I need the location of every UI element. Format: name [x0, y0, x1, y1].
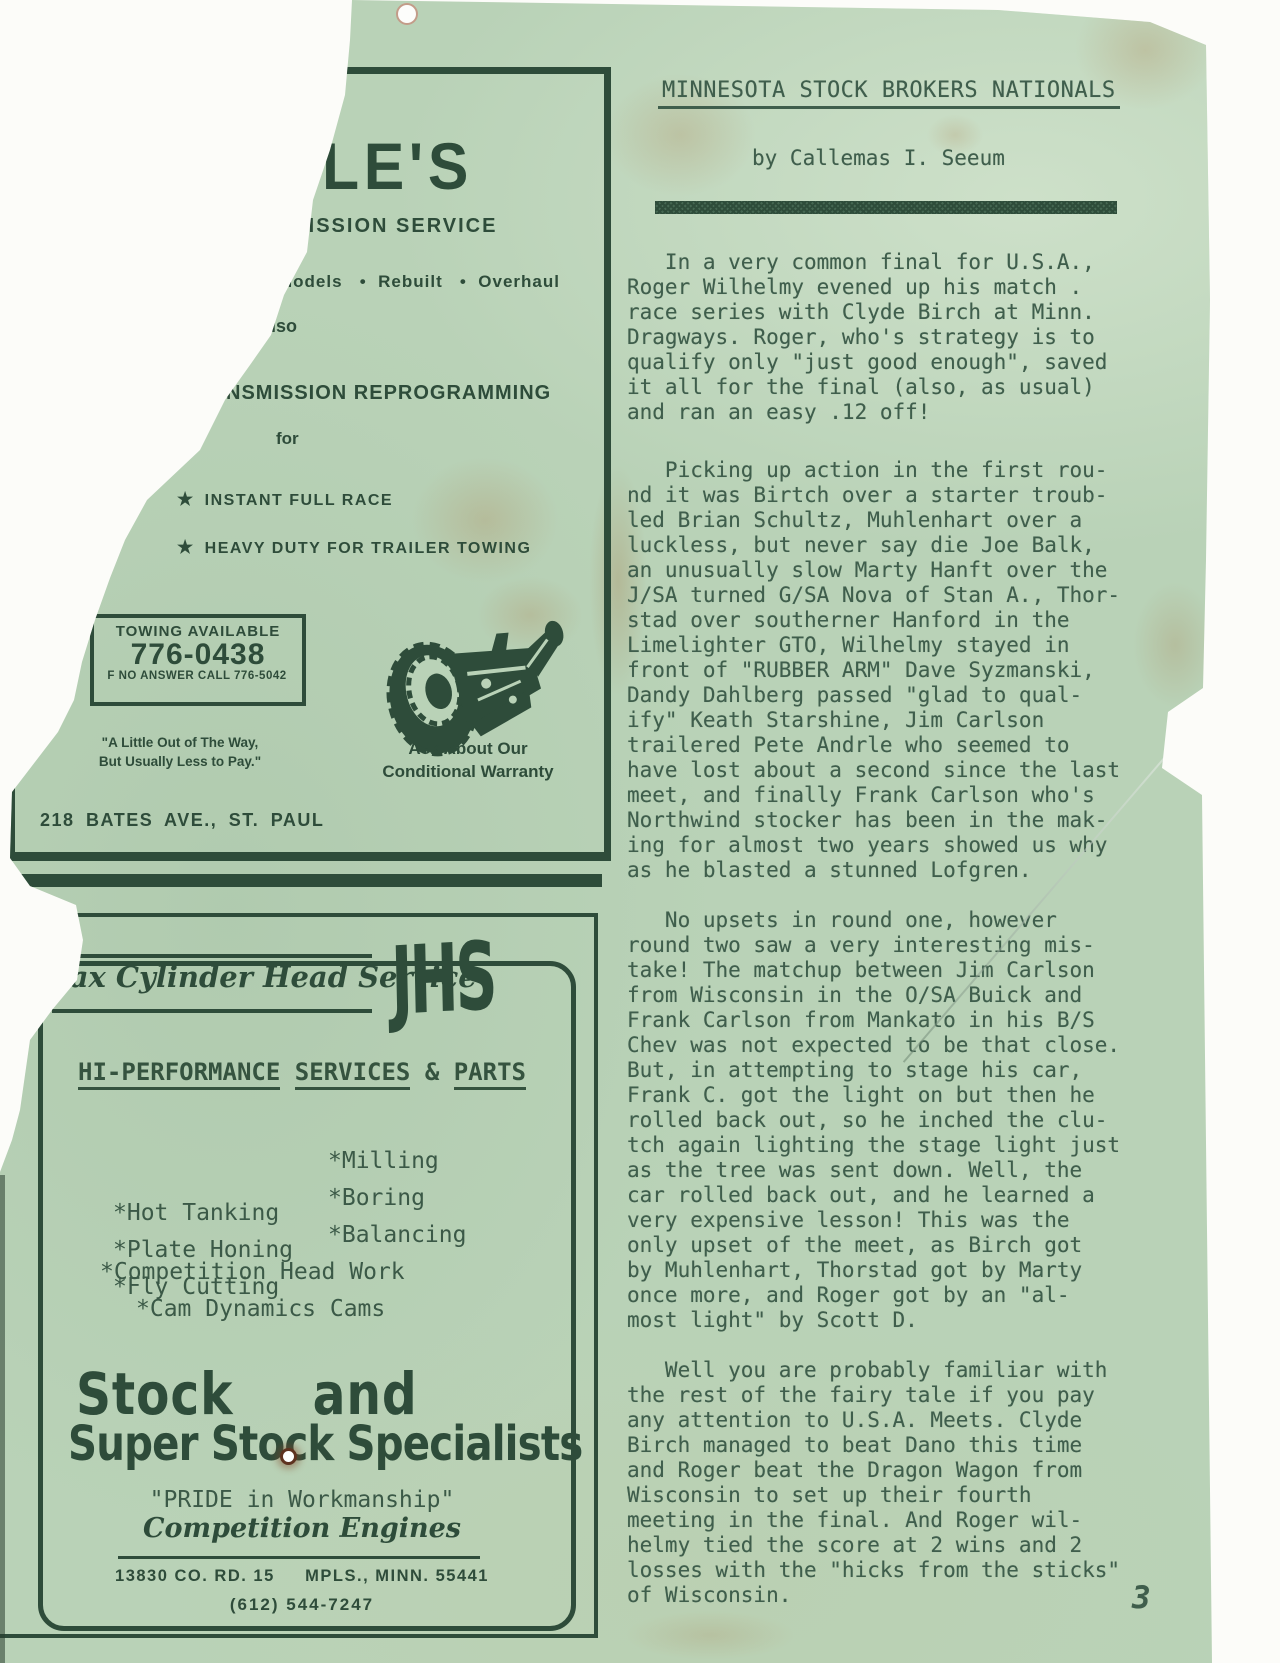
text-line: J/SA turned G/SA Nova of Stan A., Thor- — [627, 583, 1227, 608]
text-line: Wisconsin to set up their fourth — [627, 1483, 1227, 1508]
jhs-specialists-line-2: Super Stock Specialists — [68, 1416, 582, 1472]
heading-part-2: SERVICES — [295, 1058, 411, 1090]
warranty-line-1: Ask About Our — [378, 737, 558, 760]
text-line: and Roger beat the Dragon Wagon from — [627, 1458, 1227, 1483]
text-line: stad over southerner Hanford in the — [627, 608, 1227, 633]
article-paragraph-4: Well you are probably familiar withthe r… — [627, 1358, 1227, 1608]
text-line: qualify only "just good enough", saved — [627, 350, 1227, 375]
jhs-services-col2: *Milling*Boring*Balancing — [328, 1148, 466, 1259]
paper-sheet: LE'S MISSION SERVICE Models • Rebuilt • … — [0, 0, 1280, 1663]
feature-label: INSTANT FULL RACE — [205, 492, 393, 509]
warranty-line-2: Conditional Warranty — [378, 760, 558, 783]
text-line: Frank C. got the light on but then he — [627, 1083, 1227, 1108]
jhs-service-head-work: *Competition Head Work — [100, 1259, 405, 1285]
text-line: meeting in the final. And Roger wil- — [627, 1508, 1227, 1533]
heading-part-3: PARTS — [454, 1058, 526, 1090]
text-line: any attention to U.S.A. Meets. Clyde — [627, 1408, 1227, 1433]
text-line: car rolled back out, and he learned a — [627, 1183, 1227, 1208]
jhs-heading: HI-PERFORMANCE SERVICES & PARTS — [38, 1058, 566, 1086]
text-line: ing for almost two years showed us why — [627, 833, 1227, 858]
text-line: Dandy Dahlberg passed "glad to qual- — [627, 683, 1227, 708]
article-paragraph-2: Picking up action in the first rou-nd it… — [627, 458, 1227, 883]
text-line: by Muhlenhart, Thorstad got by Marty — [627, 1258, 1227, 1283]
text-line: rolled back out, so he inched the clu- — [627, 1108, 1227, 1133]
text-line: take! The matchup between Jim Carlson — [627, 958, 1227, 983]
text-line: Dragways. Roger, who's strategy is to — [627, 325, 1227, 350]
jhs-competition-engines: Competition Engines — [38, 1513, 566, 1544]
text-line: race series with Clyde Birch at Minn. — [627, 300, 1227, 325]
jhs-logo: JHS — [390, 922, 495, 1037]
transmission-ad-for-label: for — [276, 429, 299, 449]
star-icon: ★ — [177, 489, 195, 509]
text-line: *Balancing — [328, 1222, 466, 1259]
text-line: Northwind stocker has been in the mak- — [627, 808, 1227, 833]
text-line: only upset of the meet, as Birch got — [627, 1233, 1227, 1258]
jhs-pride-slogan: "PRIDE in Workmanship" — [38, 1487, 566, 1513]
text-line: *Hot Tanking — [113, 1200, 533, 1237]
transmission-ad-models-line: Models • Rebuilt • Overhaul — [278, 272, 560, 292]
transmission-ad-feature-1: ★INSTANT FULL RACE — [177, 489, 393, 510]
jhs-services-col1: *Hot Tanking*Plate Honing*Fly Cutting — [113, 1200, 533, 1311]
transmission-ad-shop-name-fragment: LE'S — [322, 128, 473, 204]
hole-punch — [396, 3, 418, 25]
divider-rule — [0, 874, 602, 887]
jhs-header-rule-top — [52, 954, 372, 958]
slogan-line-2: But Usually Less to Pay." — [80, 752, 280, 771]
text-line: an unusually slow Marty Hanft over the — [627, 558, 1227, 583]
article-paragraph-3: No upsets in round one, howeverround two… — [627, 908, 1227, 1333]
text-line: No upsets in round one, however — [627, 908, 1227, 933]
heading-ampersand: & — [425, 1058, 439, 1086]
text-line: very expensive lesson! This was the — [627, 1208, 1227, 1233]
text-line: Well you are probably familiar with — [627, 1358, 1227, 1383]
towing-info-box: TOWING AVAILABLE 776-0438 F NO ANSWER CA… — [90, 614, 306, 706]
text-line: once more, and Roger got by an "al- — [627, 1283, 1227, 1308]
jhs-phone: (612) 544-7247 — [38, 1595, 566, 1615]
stain — [1045, 0, 1245, 135]
jhs-header-rule-bottom — [52, 1009, 372, 1013]
text-line: as he blasted a stunned Lofgren. — [627, 858, 1227, 883]
transmission-ad-feature-2: ★HEAVY DUTY FOR TRAILER TOWING — [177, 537, 531, 558]
towing-phone-number: 776-0438 — [94, 640, 302, 670]
decorative-bar — [655, 201, 1117, 214]
article-title: MINNESOTA STOCK BROKERS NATIONALS — [658, 78, 1120, 109]
transmission-ad-service-line: MISSION SERVICE — [290, 215, 497, 238]
text-line: Picking up action in the first rou- — [627, 458, 1227, 483]
article-paragraph-1: In a very common final for U.S.A.,Roger … — [627, 250, 1227, 425]
text-line: it all for the final (also, as usual) — [627, 375, 1227, 400]
text-line: as the tree was sent down. Well, the — [627, 1158, 1227, 1183]
jhs-address: 13830 CO. RD. 15 MPLS., MINN. 55441 — [38, 1567, 566, 1586]
burn-hole — [280, 1448, 297, 1465]
transmission-ad-reprogramming-line: NSMISSION REPROGRAMMING — [226, 382, 551, 405]
text-line: most light" by Scott D. — [627, 1308, 1227, 1333]
text-line: But, in attempting to stage his car, — [627, 1058, 1227, 1083]
jhs-service-cams: *Cam Dynamics Cams — [136, 1296, 385, 1322]
text-line: *Milling — [328, 1148, 466, 1185]
text-line: round two saw a very interesting mis- — [627, 933, 1227, 958]
text-line: the rest of the fairy tale if you pay — [627, 1383, 1227, 1408]
text-line: Chev was not expected to be that close. — [627, 1033, 1227, 1058]
jhs-address-rule — [118, 1556, 480, 1559]
text-line: ify" Keath Starshine, Jim Carlson — [627, 708, 1227, 733]
text-line: Limelighter GTO, Wilhelmy stayed in — [627, 633, 1227, 658]
towing-alt-phone-line: F NO ANSWER CALL 776-5042 — [72, 670, 322, 682]
text-line: Birch managed to beat Dano this time — [627, 1433, 1227, 1458]
stain — [590, 1600, 830, 1663]
transmission-ad-warranty-note: Ask About Our Conditional Warranty — [378, 737, 558, 783]
page-number: 3 — [1132, 1580, 1151, 1616]
transmission-ad-slogan: "A Little Out of The Way, But Usually Le… — [80, 733, 280, 771]
text-line: tch again lighting the stage light just — [627, 1133, 1227, 1158]
text-line: nd it was Birtch over a starter troub- — [627, 483, 1227, 508]
star-icon: ★ — [177, 537, 195, 557]
text-line: luckless, but never say die Joe Balk, — [627, 533, 1227, 558]
text-line: have lost about a second since the last — [627, 758, 1227, 783]
text-line: *Boring — [328, 1185, 466, 1222]
text-line: In a very common final for U.S.A., — [627, 250, 1227, 275]
scan-edge-shadow — [0, 1175, 5, 1663]
heading-part-1: HI-PERFORMANCE — [78, 1058, 280, 1090]
text-line: from Wisconsin in the O/SA Buick and — [627, 983, 1227, 1008]
text-line: Frank Carlson from Mankato in his B/S — [627, 1008, 1227, 1033]
feature-label: HEAVY DUTY FOR TRAILER TOWING — [205, 540, 532, 557]
slogan-line-1: "A Little Out of The Way, — [80, 733, 280, 752]
article-byline: by Callemas I. Seeum — [752, 146, 1005, 170]
text-line: helmy tied the score at 2 wins and 2 — [627, 1533, 1227, 1558]
text-line: led Brian Schultz, Muhlenhart over a — [627, 508, 1227, 533]
text-line: Roger Wilhelmy evened up his match . — [627, 275, 1227, 300]
transmission-ad-address: 218 BATES AVE., ST. PAUL — [40, 810, 324, 831]
text-line: trailered Pete Andrle who seemed to — [627, 733, 1227, 758]
text-line: and ran an easy .12 off! — [627, 400, 1227, 425]
jhs-ad-title: Jax Cylinder Head Service — [56, 960, 372, 994]
text-line: front of "RUBBER ARM" Dave Syzmanski, — [627, 658, 1227, 683]
scanned-newsletter-page: { "page": { "number": "3" }, "article": … — [0, 0, 1280, 1663]
transmission-ad-also-label: Also — [258, 316, 297, 337]
